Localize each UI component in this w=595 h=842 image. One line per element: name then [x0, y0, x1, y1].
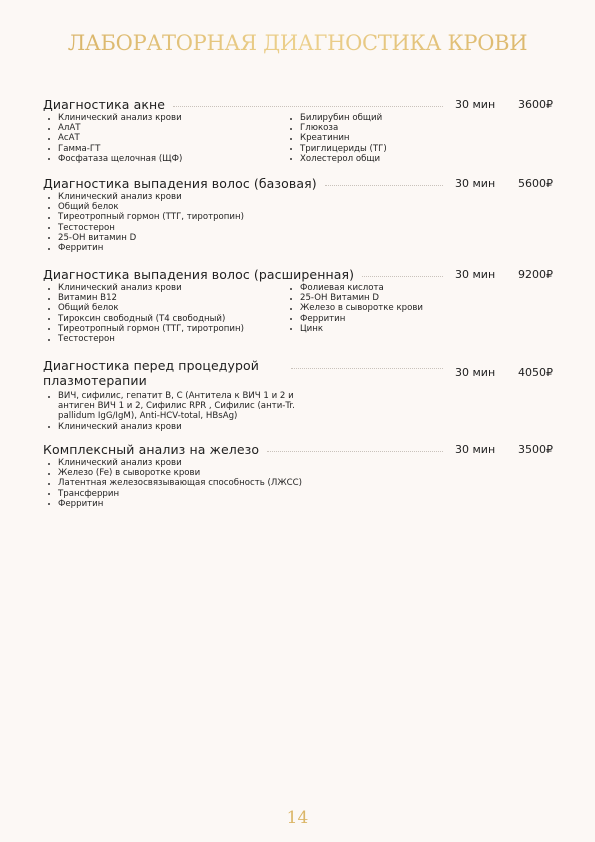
service-duration: 30 мин — [455, 365, 511, 380]
test-list-left: ВИЧ, сифилис, гепатит В, С (Антитела к В… — [43, 391, 318, 432]
dotted-leader — [362, 267, 443, 277]
service-duration: 30 мин — [455, 267, 511, 282]
service-header: Диагностика перед процедурой плазмотерап… — [43, 358, 553, 388]
service-name: Диагностика перед процедурой плазмотерап… — [43, 358, 283, 388]
service-header: Комплексный анализ на железо 30 мин 3500… — [43, 442, 553, 457]
test-item: Тиреотропный гормон (ТТГ, тиротропин) — [43, 324, 285, 334]
dotted-leader — [325, 176, 443, 186]
dotted-leader — [173, 97, 443, 107]
service-price: 5600₽ — [511, 176, 553, 191]
test-item: АсАТ — [43, 133, 285, 143]
test-item: Билирубин общий — [285, 113, 387, 123]
test-item: АлАТ — [43, 123, 285, 133]
dotted-leader — [291, 358, 443, 369]
test-item: Цинк — [285, 324, 423, 334]
test-list-right: Билирубин общийГлюкозаКреатининТриглицер… — [285, 113, 387, 164]
test-item: Ферритин — [285, 314, 423, 324]
test-item: 25-OH Витамин D — [285, 293, 423, 303]
service-header: Диагностика выпадения волос (расширенная… — [43, 267, 553, 282]
service-price: 3500₽ — [511, 442, 553, 457]
test-list: Клинический анализ кровиОбщий белокТирео… — [43, 192, 553, 253]
test-item: Фолиевая кислота — [285, 283, 423, 293]
page-number: 14 — [0, 808, 595, 828]
test-item: Холестерол общи — [285, 154, 387, 164]
service-duration: 30 мин — [455, 97, 511, 112]
test-item: ВИЧ, сифилис, гепатит В, С (Антитела к В… — [43, 391, 318, 422]
test-list-left: Клинический анализ кровиЖелезо (Fe) в сы… — [43, 458, 443, 509]
test-item: Тироксин свободный (Т4 свободный) — [43, 314, 285, 324]
test-item: Клинический анализ крови — [43, 113, 285, 123]
test-list: ВИЧ, сифилис, гепатит В, С (Антитела к В… — [43, 391, 553, 432]
page-title: ЛАБОРАТОРНАЯ ДИАГНОСТИКА КРОВИ — [0, 31, 595, 55]
test-item: Триглицериды (ТГ) — [285, 144, 387, 154]
service-iron-analysis: Комплексный анализ на железо 30 мин 3500… — [43, 442, 553, 509]
service-duration: 30 мин — [455, 442, 511, 457]
test-item: Ферритин — [43, 499, 443, 509]
test-item: Общий белок — [43, 202, 443, 212]
test-item: Клинический анализ крови — [43, 458, 443, 468]
test-item: Тестостерон — [43, 334, 285, 344]
test-item: Ферритин — [43, 243, 443, 253]
test-list-right: Фолиевая кислота25-OH Витамин DЖелезо в … — [285, 283, 423, 344]
test-item: Латентная железосвязывающая способность … — [43, 478, 443, 488]
test-item: Гамма-ГТ — [43, 144, 285, 154]
test-item: Клинический анализ крови — [43, 422, 318, 432]
test-list-left: Клинический анализ кровиАлАТАсАТГамма-ГТ… — [43, 113, 285, 164]
service-name: Диагностика акне — [43, 97, 165, 112]
test-item: Железо (Fe) в сыворотке крови — [43, 468, 443, 478]
dotted-leader — [267, 442, 443, 452]
service-header: Диагностика акне 30 мин 3600₽ — [43, 97, 553, 112]
test-item: Креатинин — [285, 133, 387, 143]
test-item: Тиреотропный гормон (ТТГ, тиротропин) — [43, 212, 443, 222]
service-name: Диагностика выпадения волос (расширенная… — [43, 267, 354, 282]
test-item: Фосфатаза щелочная (ЩФ) — [43, 154, 285, 164]
service-hair-loss-basic: Диагностика выпадения волос (базовая) 30… — [43, 176, 553, 253]
service-header: Диагностика выпадения волос (базовая) 30… — [43, 176, 553, 191]
test-item: Витамин B12 — [43, 293, 285, 303]
service-duration: 30 мин — [455, 176, 511, 191]
service-name: Комплексный анализ на железо — [43, 442, 259, 457]
test-list: Клинический анализ кровиЖелезо (Fe) в сы… — [43, 458, 553, 509]
test-item: Общий белок — [43, 303, 285, 313]
test-item: 25-OH витамин D — [43, 233, 443, 243]
test-item: Железо в сыворотке крови — [285, 303, 423, 313]
service-price: 9200₽ — [511, 267, 553, 282]
service-hair-loss-extended: Диагностика выпадения волос (расширенная… — [43, 267, 553, 344]
test-list: Клинический анализ кровиВитамин B12Общий… — [43, 283, 553, 344]
test-item: Клинический анализ крови — [43, 283, 285, 293]
service-acne: Диагностика акне 30 мин 3600₽ Клинически… — [43, 97, 553, 164]
service-price: 4050₽ — [511, 365, 553, 380]
service-price: 3600₽ — [511, 97, 553, 112]
test-item: Глюкоза — [285, 123, 387, 133]
test-item: Клинический анализ крови — [43, 192, 443, 202]
test-list-left: Клинический анализ кровиОбщий белокТирео… — [43, 192, 443, 253]
test-list-left: Клинический анализ кровиВитамин B12Общий… — [43, 283, 285, 344]
test-item: Трансферрин — [43, 489, 443, 499]
test-list: Клинический анализ кровиАлАТАсАТГамма-ГТ… — [43, 113, 553, 164]
service-name: Диагностика выпадения волос (базовая) — [43, 176, 317, 191]
service-plasma-therapy: Диагностика перед процедурой плазмотерап… — [43, 358, 553, 432]
test-item: Тестостерон — [43, 223, 443, 233]
